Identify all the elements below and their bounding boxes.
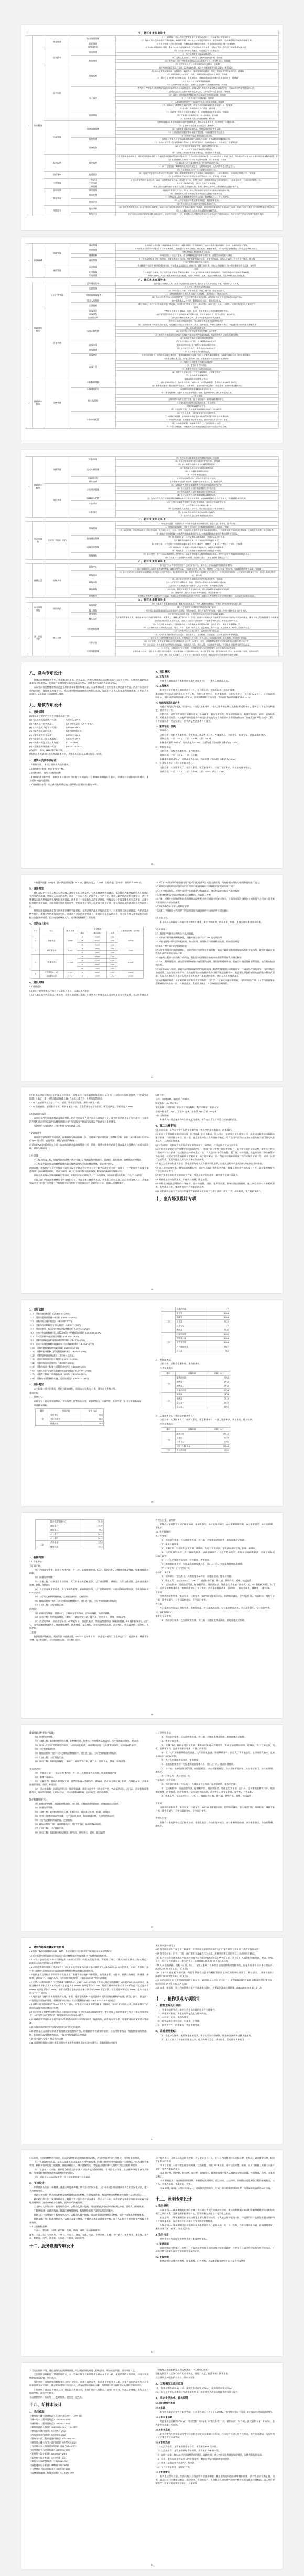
value-cell: 4.2M [106, 959, 118, 963]
feature-cell: 好物共享 [71, 571, 115, 581]
paragraph: 本工程为改造工程，原有墙面须清理干净方可施工；墙面如有空鼓部位，需凿除，基层处理… [29, 1158, 149, 1162]
list-item: (5)《绿色建筑评价标准》 GB T50378-2019； [29, 730, 149, 734]
list-item: （2） 《民用建筑设计统一标准》(GB50352-2019)； [29, 1316, 149, 1319]
room-area-cell: 50.38 [83, 1519, 104, 1524]
list-item: 《城乡排水工程项目规范》GB 55027-2022 [29, 2422, 149, 2426]
page-content: 1、设计依据（1） 《建筑制图标准》(GB/T50104-2010)；（2） 《… [21, 1300, 283, 1506]
heading-2: 3、装修内容 [29, 1556, 149, 1559]
room-name-cell: 茶艺花艺室 [175, 1340, 209, 1345]
page-content: 5.7.10 真石漆面层做法：1.铲除原涂料墙面，清理基层（清水墙增加抹灰面）；… [21, 1087, 283, 1293]
paragraph: 我们在设计中力求良好的公共空间，宽松亲切的立面造型，与周边地理环境相融合，使之能… [29, 891, 149, 908]
feature-cell: 场地预约 [71, 552, 115, 559]
list-item: (4)《公共建筑节能设计标准》 GB50189-2015； [29, 726, 149, 729]
room-area-cell: 22.54 [209, 1388, 230, 1392]
paragraph: 改造区域范围为“友礼”邻里中心、“友礼”文化驿站、“友礼”服务中心和三北新村养老… [156, 705, 275, 712]
paragraph: 4.10 各种溶剂型涂料和水乳型涂料(乳胶漆)均应包括底漆和面漆，除注明外，面漆… [29, 2018, 149, 2025]
feature-cell: 门禁授权 [71, 303, 115, 309]
feature-table-body: 五、社区未来服务场景1物业服务物业缴费物业缴费管理（1）支持物业工作人员通过配置… [26, 31, 278, 216]
paragraph: （2）强电工程：包括装饰射灯、LED 灯、墙面装饰灯箱、排气扇、照明开关、插座、… [29, 1616, 149, 1619]
list-item: （3） 以经济、实用、美观为理念。 [156, 2016, 275, 2019]
feature-cell: 暖心关怀 [71, 616, 115, 623]
value-cell: 2F [77, 939, 88, 943]
paragraph: 功能分布：社区服务大厅、社区议事厅、智慧服务平台、社区卫生服务站、共享书房健身驿… [156, 766, 275, 770]
height-cell: 4.8M [63, 970, 77, 974]
header-cell: 房间功能 [49, 1409, 83, 1413]
paragraph: 4.2 室内装饰材料的选用应符合室内装饰材料有害物质限量 10 项强制性国家标准… [29, 1954, 149, 1958]
text-column-left: 本栋建筑面积 5365 ㎡，其中改造建筑面积 2078 ㎡，建筑高度为 17.5… [29, 880, 149, 997]
feature-cell: 好物中心 [71, 564, 115, 571]
row-index-cell: 2 [31, 947, 40, 954]
paragraph: 2）、养老服务站： [156, 745, 275, 749]
paragraph: 服务大厅及走廊： [156, 1615, 275, 1618]
paragraph: 4.6 天然石材选用应符合《天然花岗石建筑板材》(GB/T18601-2009)… [29, 1981, 149, 1994]
table-row: 六、社区未来交通场景 [26, 277, 278, 282]
heading-2: 1、设计依据 [29, 1307, 149, 1311]
group-cell: 考核评分 [44, 206, 71, 216]
list-item: 《城市给水工程项目规范》GB 55026-2022 [29, 2418, 149, 2422]
feature-table: 五、社区未来服务场景1物业服务物业缴费物业缴费管理（1）支持物业工作人员通过配置… [26, 31, 279, 216]
paragraph: 功能分布：居家养老服务站、老年食堂、智慧育儿引导、养育托管点、幸福学堂、长青学堂… [29, 1400, 149, 1403]
paragraph: 小乔木：罗汉松、早樱、鸡爪槭、红枫、紫薇、海棠、女贞棒棒球等。 [29, 2229, 149, 2233]
paragraph: 2.3 结构类型：建筑多为框架结构 [29, 771, 149, 775]
paragraph: 环境原则——环境照明的目的在于通过光环境让人们在夜晚感受空间，所以夜景照明应尊重… [156, 2208, 275, 2215]
room-area-cell: 60.06 [209, 1440, 230, 1444]
floor-cell: 三层 [35, 1540, 49, 1549]
two-column-layout: 八、竖向专项设计创建范围整体地势平坦，场地略北低南高，西高东低。西侧东湖渔街头公… [21, 662, 283, 787]
value-cell: 1F [77, 974, 88, 979]
value-cell: 3.6M [106, 951, 118, 955]
paragraph: 4.14 承重钢结构防火涂料:裸露的钢结构采用有机膨胀型防火涂料(薄型)；隐蔽的… [29, 2041, 149, 2045]
value-cell: 696㎡ [88, 970, 106, 974]
item-cell: 文化服务中心 [40, 954, 64, 970]
header-cell: 建 筑 高度 [63, 927, 77, 935]
room-name-cell: 办公室一 [49, 1524, 83, 1528]
spacer [29, 1764, 149, 1767]
section-index-cell: 1 [26, 282, 32, 377]
room-name-cell: 棋牌室一 [175, 1380, 209, 1384]
paragraph: （3）实施海绵型改造，在低洼绿地和路边绿地等不同场地情况，设置不同类型雨水花园及… [29, 2160, 149, 2167]
spacer [29, 697, 149, 699]
room-area-table: 数字智慧管理中心50.38办公室一15.94办公室二16.2办公室三34.16办… [35, 1519, 104, 1549]
heading-2: 5、建设周期 [29, 980, 149, 984]
page-31: 楼梯地砖及栏杆扶手拆除；（2）新建分隔墙体；（3）天棚工程：轻钢龙骨吊顶天棚、铝… [21, 1725, 283, 1931]
room-name-cell: 邻里客厅 [49, 1413, 83, 1417]
paragraph: 4.15 图中所注防火门由专业厂家提供，其装饰面层根据图纸由防火门厂家直接加工或… [156, 1948, 275, 1951]
paragraph: （8）强电工程：包括弱电机房建设、排气扇、照明开关、插座、接线盒等 [29, 1831, 149, 1835]
room-area-cell: 69.44 [209, 1436, 230, 1440]
page-32: 4、对室内环境质量保护的措施4.1 装饰工程所用材料的品种、规格、性能应符合设计… [21, 1938, 283, 2144]
room-name-cell: 办公室二 [49, 1528, 83, 1532]
list-item: 《室外给水设计标准》GB50013－2018 [29, 2452, 149, 2456]
paragraph: 12.1.垃圾箱：一般设置在道路的两侧，交错布置，间距 100 米左右，同时结合… [156, 2164, 275, 2171]
paragraph: （6）楼地面装饰工程：大厅走廊地面整体找平、进门过门石、大厅走廊地面防滑地砖； [29, 1599, 149, 1603]
list-item: （12） 《建筑照明设计标准》(GB50034-2013)； [29, 1354, 149, 1358]
paragraph: 本工程位于平湖市当湖街道洁芳社区，东方路以西，祥中路以北，北临广陈塘。 [156, 689, 275, 692]
heading-2: 4、经济技术指标 [29, 921, 149, 925]
paragraph: 本栋建筑面积 472 ㎡，建筑高度为 8.9M，立面改造（竖向面）面积约为 53… [156, 758, 275, 761]
paragraph: （2）新建分隔墙体； [156, 1739, 275, 1743]
list-item: （11） 《建筑装饰装修工程质量验收标准》(GB50210-2018)： [29, 1350, 149, 1354]
floor-cell: 一层 [35, 1413, 49, 1426]
feature-desc-line: （5）车位办理配置：可配置车位办理模板及是否允许申请进行车位办理。 [115, 425, 278, 429]
list-item: （4） 《建筑内部装修设计防火规范》(GB50222-2017)； [29, 1324, 149, 1327]
paragraph: （1）优化绿化结构，梳理场地植被现状，保留长势较好的植物，因地制宜修剪和迁移其他… [156, 2034, 275, 2038]
paragraph: 管理办公室： [156, 1817, 275, 1820]
feature-cell: 车位预定 [71, 507, 115, 518]
paragraph: 5.7.9 涂料面层做法：1.铲除原墙面至基层或清理基层；2.15 厚 1：2 … [156, 979, 275, 985]
feature-cell: 我的好物 [71, 584, 115, 595]
room-name-cell: 儿童活动室 [175, 1388, 209, 1392]
list-item: (6)《建筑采光设计标准》 GB50033-2013； [29, 734, 149, 737]
feature-cell: 管家配置 [71, 192, 115, 199]
group-cell: 巡更巡检 [44, 66, 71, 120]
value-cell: 3.5M [106, 974, 118, 979]
room-area-cell: 56.9 [83, 1422, 104, 1426]
paragraph: （4）排水：重力流排水管采用 UPVC 排水管，餐饮厨房采用机制排水铸铁管。 [156, 2457, 275, 2461]
paragraph: 社区卫生服务站： [156, 1731, 275, 1735]
paragraph: 东湖渔街头公园：补植黄土裸露区域地被种植，结合活动空间场地、入口标识及沿线园路景… [29, 2186, 149, 2193]
feature-cell: 车行数据看板 [71, 377, 115, 388]
value-cell: 3.6M [106, 947, 118, 951]
list-item: （2） 构建美好家园，尊重地方特色文化与精神内涵。 [156, 2012, 275, 2016]
paragraph: 为目的的照明手段，通过良好的夜景照明设计，可以提高场地对游人的吸引力，增加夜游乐… [29, 2369, 149, 2372]
paragraph: 无机防火涂料(厚型) [156, 1944, 275, 1947]
page-content: 数字智慧管理中心50.38办公室一15.94办公室二16.2办公室三34.16办… [21, 1513, 283, 1718]
group-cell: 物业缴费 [44, 36, 71, 49]
page-content: 2基础停车服务车辆管理车位申请（1）支持在移动端提交车位申请相关信息；移动端（2… [21, 456, 283, 656]
heading-3: 3.4. 建筑功能、层高 [156, 725, 275, 728]
paragraph: （6）压力污废水管道：钢塑复合管。 [156, 2466, 275, 2469]
category-cell: 物业服务 [32, 36, 44, 216]
room-area-table: 楼层房间功能面积（㎡）一层邻里客厅93.3老年活动室81.8快递驿站56.9 [35, 1409, 104, 1426]
page-25: 2基础停车服务车辆管理车位申请（1）支持在移动端提交车位申请相关信息；移动端（2… [21, 450, 283, 656]
category-cell: 低碳生活 [32, 564, 44, 598]
two-column-layout: 本栋建筑面积 5365 ㎡，其中改造建筑面积 2078 ㎡，建筑高度为 17.5… [21, 875, 283, 997]
paragraph: （3）消防、喷淋：DN≤65 采用热镀锌加厚钢管，丝扣连接；65＜DN 采用热镀… [156, 2453, 275, 2457]
list-item: 《消防设施通用规范》GB 55036-2022 [29, 2433, 149, 2437]
text-column-right: 3、项目概况3.1. 工程名称平湖市当湖街道洁芳未来社区实施方案服务项目——建筑… [156, 668, 275, 787]
height-cell: 5.1M [63, 974, 77, 979]
value-cell: 774㎡ [88, 967, 106, 971]
room-area-table: 儿童活动室47二层手工室40.04书画室40.04音乐室71.21长青学堂47舞… [161, 1307, 230, 1353]
paragraph: 5.7.1 除图中明确表示外均为多孔页岩砖。 [156, 932, 275, 936]
table-row: 二层党员活动室281.6 [161, 1448, 230, 1452]
list-item: (11)浙江省城镇老旧小区改造技术导则，其他相关的国家及地方规定、标准。 [29, 752, 149, 756]
feature-cell: 设备巡检 [71, 66, 115, 86]
table-row: 二层手工室40.04 [161, 1311, 230, 1315]
paragraph: 4.7 地面光面石材均需表面做镜面处理，墙面、地面湿贴石材除表面其余 5 面均需… [29, 1995, 149, 2002]
page-30: 数字智慧管理中心50.38办公室一15.94办公室二16.2办公室三34.16办… [21, 1513, 283, 1718]
paragraph: 6.3 应急照明、疏散标志供应商必须根据现场和设计院图纸，经设计院认可后方可实施… [156, 1143, 275, 1147]
page-number: 33 [21, 2351, 283, 2354]
paragraph: 本地块内与周边地块均无日照被遮挡建筑，不存在自身及对周边日照的遮挡问题。 [156, 1118, 275, 1122]
two-column-layout: 为目的的照明手段，通过良好的夜景照明设计，可以提高场地对游人的吸引力，增加夜游乐… [21, 2363, 283, 2486]
paragraph: 5.5 设计总则 [29, 985, 149, 989]
room-name-cell: 舞蹈室 [175, 1328, 209, 1332]
list-item: 《自动喷水灭火系统设计规范》（GB 50084-2017） [29, 2445, 149, 2448]
paragraph: 活动室、休息室： [156, 1571, 275, 1574]
paragraph: 功能分布：居家养老服务站、老年食堂、智慧育儿引导、养育托管点、幸福学堂、长青学堂… [156, 733, 275, 737]
page-content: 本栋建筑面积 5365 ㎡，其中改造建筑面积 2078 ㎡，建筑高度为 17.5… [21, 875, 283, 1081]
paragraph: 5.5.9 施工中现状尺寸与图纸不符合时及时沟通设计单位由设计单位进行确认 [156, 909, 275, 913]
height-cell: 8.9M [63, 947, 77, 954]
room-name-cell: 长青学堂 [175, 1324, 209, 1328]
value-cell: 3.9M [106, 935, 118, 939]
paragraph: （1）拆除部分墙体：包括砖砌体拆除、开门洞、天棚面龙骨及饰面、原地面地砖层拆除、 [156, 1619, 275, 1623]
feature-cell: 流动车辆管理 [71, 463, 115, 476]
paragraph: 建筑层高：一层：4.5 M；二层：4.2 M；三层：3.9M；四层：3.9M； [156, 770, 275, 773]
floor-cell: 二层 [161, 1311, 176, 1332]
table-row: 一层邻里客厅93.3 [35, 1413, 104, 1417]
paragraph: （7）诊疗室：装修包括铝板吊顶、墙面乳胶漆、办公室地砖铺设、办公室断桥隔热窗、办… [156, 1767, 275, 1773]
list-item: （9） 《室内装饰装修材料胶粘剂中有害物质限量》(GB18583-2008)； [29, 1342, 149, 1346]
text-column-right: 《埋地聚乙烯给水管道工程技术规程》 （CJJ101-2016）国家及浙江省其它现… [156, 2368, 275, 2486]
list-item: (3)《建筑设计防火规范》 GB 50016-2014（2018 年版）； [29, 722, 149, 726]
paragraph: 公园照明以庭院灯、草坪灯相结合，对一些标志性景观构筑物或小品以及景观大树，采用单… [29, 2373, 149, 2380]
paragraph: 5.7.3 墙内预埋木砖均需刷防腐剂，防火涂料，预埋铁件均需做除锈处理，刷防锈漆… [156, 940, 275, 944]
list-item: （14） 《建筑地面设计规范》(GB50037-2013)； [29, 1361, 149, 1365]
spacer [29, 1795, 149, 1797]
spacer [156, 1411, 275, 1414]
room-area-table: 楼层房间功能面积（㎡）一层服务大厅280.72议事厅69.44共享 书房60.0… [161, 1427, 230, 1453]
spacer [156, 925, 275, 927]
paragraph: 5.10 其他 [29, 1154, 149, 1158]
table-row: 楼层房间功能面积（㎡） [35, 1409, 104, 1413]
paragraph: 三北新村入口袋公园：梳理现状苗木，去除杂乱灌木地被，结合园路及休憩空间更新绿化种… [29, 2205, 149, 2208]
list-item: （13） 《民用建筑隔声设计规范》(GB50118-2010)： [29, 1358, 149, 1361]
feature-cell: 设备设施管理 [71, 120, 115, 138]
feature-cell: 物业缴费管理 [71, 36, 115, 42]
list-item: 《民用建筑节水设计标准》GB 50555-2010 [29, 2448, 149, 2452]
paragraph: 本施工图中所有面板材料尺寸均为理论尺寸，考虑土建主体结构误差，外墙施工单位在施工… [29, 1178, 149, 1185]
room-name-cell: 手工室 [175, 1311, 209, 1315]
paragraph: 5.5.7 施工过程中对原有结构较差的建筑需委托相关单位进行专项安全鉴定，立面改… [156, 897, 275, 904]
room-name-cell: 共享书房 [49, 1540, 83, 1545]
paragraph: 4.16 图中如拉手、合页、门锁、闭门器等五金配件仅为示意，实样须经建设单位和设… [156, 1952, 275, 1956]
paragraph: 功能分布：居家养老服务站、室内健身房。 [156, 749, 275, 753]
paragraph: 4.11 木饰面油漆除注明外露木纹的均采用亚光硝基漆； [29, 2026, 149, 2029]
paragraph: 3.2. 养老服务站： [156, 1530, 275, 1534]
paragraph: 滨湖水景观桥：结合沿线栏杆花箱配置景观绿化种植，丰富栈道景观；栈道两侧绿地种植垂… [29, 2193, 149, 2197]
group-cell: 车位共享 [44, 483, 71, 517]
paragraph: 2.2 建筑耐火等级：耐火等级为一级。 [29, 767, 149, 771]
paragraph: 办公室的装修包括矿棉板吊顶、墙面乳胶漆、办公室地砖铺设、办公室断桥隔热窗、办公室… [156, 1606, 275, 1610]
paragraph: （2）新建分隔墙体； [156, 1542, 275, 1546]
paragraph: 4.9 室内用腻子的粘结强度应符合《建筑室内用腻子》(JG/T 298-2010… [29, 2011, 149, 2017]
header-cell: 立面改造面积（竖向面） [118, 927, 144, 935]
paragraph: 经济技术指标： [156, 1366, 275, 1370]
section-index-cell: 1 [26, 522, 32, 560]
paragraph: 安全原则——环境照明灯具安装场所是主要人群活动场所，对人安全防护是第一位，环境照… [156, 2216, 275, 2223]
group-cell: 基础管理 [44, 264, 71, 277]
header-cell: 项目 [40, 927, 64, 935]
room-area-cell: 16.2 [83, 1528, 104, 1532]
floor-cell [161, 1307, 176, 1311]
value-cell: 551㎡ [88, 939, 106, 943]
table-row: 文化驿站C区5.1M1F194㎡3.5M610㎡ [31, 974, 144, 979]
paragraph: 5.7.11 其他墙面外包柱子、石材、墙面，墙面基层处理，刷防水砂浆一道。 [29, 1101, 149, 1105]
room-name-cell: 办公室三 [49, 1532, 83, 1536]
area-cell: 610㎡ [118, 974, 144, 979]
feature-cell: 设备告警 [71, 141, 115, 154]
room-name-cell: 办公室二 [175, 1405, 209, 1409]
paragraph: （5）雨水：采用防紫外线 UPVC 雨水管。 [156, 2461, 275, 2465]
paragraph: 包括拆除原有构造、集成吊顶（轻钢龙骨，300*300 铝扣板吊顶）、防滑地砖铺设… [29, 1635, 149, 1641]
value-cell: 3.5M [106, 970, 118, 974]
paragraph: 4.19 （十六）凡楼板下的吊顶、吊灯等吊筋受拉强度与楼板等的固定节点图均应经过… [156, 1971, 275, 1978]
value-cell: 551㎡ [88, 935, 106, 939]
feature-cell: 社区管理 [71, 264, 115, 271]
group-cell: 访客管理 [44, 309, 71, 377]
paragraph: 12.3. 景观灯具：结合现状照明条件，补充景观氛围照明，重点突出，主次分明，照… [156, 2179, 275, 2186]
table-row: 八、社区未来低碳场景 [26, 559, 278, 564]
paragraph: 6.7 脚手架搭建前需作详细的施工方案，并注意保护周边环境，避免施工造成二次破坏… [156, 1174, 275, 1178]
section-index-cell: 2 [26, 616, 32, 656]
paragraph: 6.1 防雷设施：工程设计中有关防雷设施均按《建筑物防雷设施安装》图集选用。 [156, 1128, 275, 1132]
feature-table: 2基础停车服务车辆管理车位申请（1）支持在移动端提交车位申请相关信息；移动端（2… [26, 456, 279, 656]
room-area-cell: 22.65 [209, 1405, 230, 1409]
category-cell: 运动场馆预约 [32, 602, 44, 616]
paragraph: 5.7.10 真石漆面层做法：1.铲除原涂料墙面，清理基层（清水墙增加抹灰面）；… [29, 1093, 149, 1100]
item-cell: 邻里中心 [40, 935, 64, 947]
category-cell: 基础停车服务 [32, 456, 44, 517]
heading-1: 十二、服务设施专项设计 [29, 2242, 149, 2248]
paragraph: 12.2. 指示牌、简介牌、标识牌、警示牌：游线指示、服务设施指示及其它根据需要… [156, 2171, 275, 2178]
paragraph: 社区入口中央绿化带：梳理现状苗木，去除杂乱灌木地被，结合砂石铺设更新绿化种植，提… [29, 2213, 149, 2217]
page-26: 八、竖向专项设计创建范围整体地势平坦，场地略北低南高，西高东低。西侧东湖渔街头公… [21, 662, 283, 868]
feature-cell: 服务商品管理 [71, 536, 115, 542]
page-27: 本栋建筑面积 5365 ㎡，其中改造建筑面积 2078 ㎡，建筑高度为 17.5… [21, 875, 283, 1081]
feature-cell: 访客主页 [71, 357, 115, 377]
value-cell: 551㎡ [88, 943, 106, 947]
paragraph: 本工程室外装饰部分的材料接缝处如无特殊说明均采用硅酮胶填缝，防止雨水渗入。 [29, 1162, 149, 1166]
feature-cell: 场馆维护 [71, 602, 115, 609]
feature-cell: 电子巡更 [71, 86, 115, 110]
header-cell: 楼层 [161, 1371, 176, 1375]
paragraph: （1）拆除部分墙体：包括砖砌体拆除、开门洞、走廊墙面装饰挂件、原地面地砖层拆除； [156, 1538, 275, 1542]
value-cell: 3F [77, 943, 88, 947]
header-cell: 房间功能 [175, 1371, 209, 1375]
paragraph: 社区文化广场：梳理现状苗木，去除杂乱灌木地被，补植黄土裸露区域地被种植，结合入口… [29, 2217, 149, 2224]
paragraph: 凡铁件均采用防锈剂二度木构件采用防腐漆二度。 [29, 1124, 149, 1128]
room-area-cell: 71.21 [209, 1319, 230, 1324]
group-cell: 商城管理 [44, 243, 71, 264]
paragraph: 照明系统分为道路安全照明系统与景观照明系统。 [156, 2237, 275, 2241]
room-area-cell: 40.04 [209, 1336, 230, 1340]
paragraph: 5.7.2 外墙不同墙体材料相接处，做粉刷时应加不小于 300 宽的钢丝网 [156, 936, 275, 940]
table-row: 三层心理咨询室40.06 [161, 1332, 230, 1336]
paragraph: （2）重点区域节点营造复层绿地结构，提高物种丰富度，从多样性、美观性和人本化等 [156, 2038, 275, 2042]
paragraph: 空调冷凝水管：PVC，直径 50 毫米，落水管 PVC 直径 100 毫米 [156, 1110, 275, 1114]
feature-cell: 走访待办 [71, 653, 115, 656]
paragraph: 5.5.6 根据结构安全鉴定结论确定立面整治、改造施工方案 [156, 893, 275, 897]
room-name-cell: 心理咨询室 [175, 1332, 209, 1336]
room-name-cell: 办公室四 [49, 1536, 83, 1540]
paragraph: 活动室： [29, 1607, 149, 1611]
room-area-cell: 64.74 [209, 1392, 230, 1396]
room-area-cell: 24.42 [209, 1384, 230, 1388]
paragraph: （1）拆除部分墙体：包括砖砌体拆除、开门洞、走廊墙面饰面、扶手、装饰挂件、天棚面… [29, 1568, 149, 1575]
heading-1: 八、竖向专项设计 [29, 670, 149, 676]
room-name-cell: 党员活动室 [175, 1448, 209, 1452]
paragraph: 11.4 主要植物品种： [29, 2225, 149, 2228]
value-cell: 3.9M [106, 967, 118, 971]
heading-2: 3、项目概况 [156, 670, 275, 673]
paragraph: （3）天棚工程：轻钢龙骨吊顶天棚、铝板吊顶、墙面基层处理、拆除、刷墙固； [29, 1811, 149, 1814]
paragraph: （1）拆除部分：包括木门、天棚面龙骨及饰面、原地面地砖、地板层拆除； [156, 1575, 275, 1579]
paragraph: 建筑层高：一层：3.6 M；二层：3.6 M； [156, 753, 275, 757]
page-28: 5.7.10 真石漆面层做法：1.铲除原涂料墙面，清理基层（清水墙增加抹灰面）；… [21, 1087, 283, 1293]
height-cell: 11.9M [63, 935, 77, 947]
room-name-cell: 乒乓球活动室 [175, 1345, 209, 1349]
room-name-cell: 议事厅 [175, 1436, 209, 1440]
room-area-cell: 93.3 [83, 1413, 104, 1417]
room-area-cell: 51.13 [209, 1396, 230, 1401]
paragraph: 除窗台外其他女儿墙挑檐翻口等顶面，铝板均应在内侧做不小于 1%的坡度，窗台部分均… [29, 1174, 149, 1178]
spacer [156, 1813, 275, 1816]
list-item: （15） 《建筑地面工程施工质量验收规范》(GB50209-2010) [29, 1365, 149, 1369]
page-number: 30 [21, 1714, 283, 1716]
room-area-cell: 40.04 [209, 1311, 230, 1315]
paragraph: 6.4 工程施工安装必须严格遵守各项验收规范，土建施工队与安装工程队密切配合，施… [156, 1148, 275, 1161]
paragraph: 现代简洁形式，可市场成品选购或定制，为了更好引导行人，在社区内设置相应标识指示牌… [156, 2156, 275, 2163]
group-cell: 设备管理 [44, 120, 71, 154]
paragraph: （2）新建分隔墙体； [29, 1576, 149, 1580]
paragraph: （3）天棚工程：轻钢龙骨吊顶天棚、刷墙固、大厅石膏板吊顶、走廊墙面基层处理、拆除… [156, 1547, 275, 1550]
paragraph: （5）门厅及走廊断桥隔热窗、软包制作、走廊装饰； [156, 1558, 275, 1562]
heading-2: 3、设计理念 [29, 886, 149, 890]
paragraph: 5.11 材料 [156, 1093, 275, 1097]
value-cell: 3.6M [106, 939, 118, 943]
heading-3: 3.3 改造范围及改造内容 [156, 701, 275, 705]
paragraph: 管理办公室的装修包括矿棉板吊顶、墙面乳胶漆、办公室地砖铺设、办公室断桥隔热窗、办… [156, 1820, 275, 1827]
document: 五、社区未来服务场景1物业服务物业缴费物业缴费管理（1）支持物业工作人员通过配置… [0, 0, 304, 2569]
feature-desc-line: 住户可对小区的环境及物业服务做出评价，评价每月可进行一次，同时物业公司服务信息和… [115, 213, 278, 216]
text-column-left: 为目的的照明手段，通过良好的夜景照明设计，可以提高场地对游人的吸引力，增加夜游乐… [29, 2368, 149, 2486]
list-item: 《埋地聚乙烯给水管道工程技术规程》 （CJJ101-2016） [156, 2368, 275, 2372]
section-index-cell: 1 [26, 36, 32, 216]
text-column-left: 1、设计依据（1） 《建筑制图标准》(GB/T50104-2010)；（2） 《… [29, 1305, 149, 1454]
header-cell: 各层概况 [77, 927, 118, 931]
text-column-left: 5.7.10 真石漆面层做法：1.铲除原涂料墙面，清理基层（清水墙增加抹灰面）；… [29, 1093, 149, 1203]
two-column-layout: 数字智慧管理中心50.38办公室一15.94办公室二16.2办公室三34.16办… [21, 1513, 283, 1642]
page-content: 八、竖向专项设计创建范围整体地势平坦，场地略北低南高，西高东低。西侧东湖渔街头公… [21, 662, 283, 868]
section-index-cell: 2 [26, 456, 32, 517]
feature-cell: 访客专属配置 [71, 319, 115, 343]
floor-cell [35, 1519, 49, 1540]
value-cell: 228㎡ [88, 951, 106, 955]
paragraph: 管理办公室的装修包括矿棉板吊顶、墙面乳胶漆、办公室地砖铺设、办公室断桥隔热窗、办… [156, 1523, 275, 1529]
text-column-right: 无机防火涂料(厚型)4.15 图中所注防火门由专业厂家提供，其装饰面层根据图纸由… [156, 1943, 275, 2046]
paragraph: （4）服务大厅形象背景墙造型油漆、大厅顶面乳胶漆、墙面喷刷涂料、大厅背景墙造型、… [29, 1744, 149, 1747]
paragraph: （5）大厅断桥隔热窗； [29, 1748, 149, 1751]
value-cell: 3.9M [106, 962, 118, 967]
room-area-cell: 119.7 [209, 1345, 230, 1349]
paragraph: 4.12 钢铁基层表面除装饰需要做锈蚀效果的装饰件外，均需做防锈底漆和防锈漆，应… [29, 2029, 149, 2036]
paragraph: （3）天棚工程：轻钢龙骨吊顶天棚、大厅形象墙木芯板造型、大厅墙面拆除、刷墙固、大… [29, 1580, 149, 1587]
paragraph: 4.21 墙体、楼地面、吊灯内的管线可能产生冰冻或结露时，应采取防冻或结露措施。… [156, 1986, 275, 1990]
section-index-cell: 1 [26, 564, 32, 598]
paragraph: 2.1、 创建范围总面积 42 公顷，建筑改造总面积 4576 ㎡，绿地改造面积… [156, 2386, 275, 2390]
list-item: （1） 《建筑制图标准》(GB/T50104-2010)； [29, 1312, 149, 1316]
paragraph: 大厅及走廊： [156, 1534, 275, 1538]
page-number: 29 [21, 1501, 283, 1504]
value-cell: 1F [77, 954, 88, 959]
list-item: (7)《安全防范工程技术规程》 GB50348-2018； [29, 737, 149, 741]
paragraph: 5.7.7 本工程外墙整治，首先需要对原有墙体进行清洁清理，鉴别原有建筑外墙，若… [156, 960, 275, 967]
spacer [29, 1109, 149, 1112]
page-content: 五、社区未来服务场景1物业服务物业缴费物业缴费管理（1）支持物业工作人员通过配置… [21, 31, 283, 230]
